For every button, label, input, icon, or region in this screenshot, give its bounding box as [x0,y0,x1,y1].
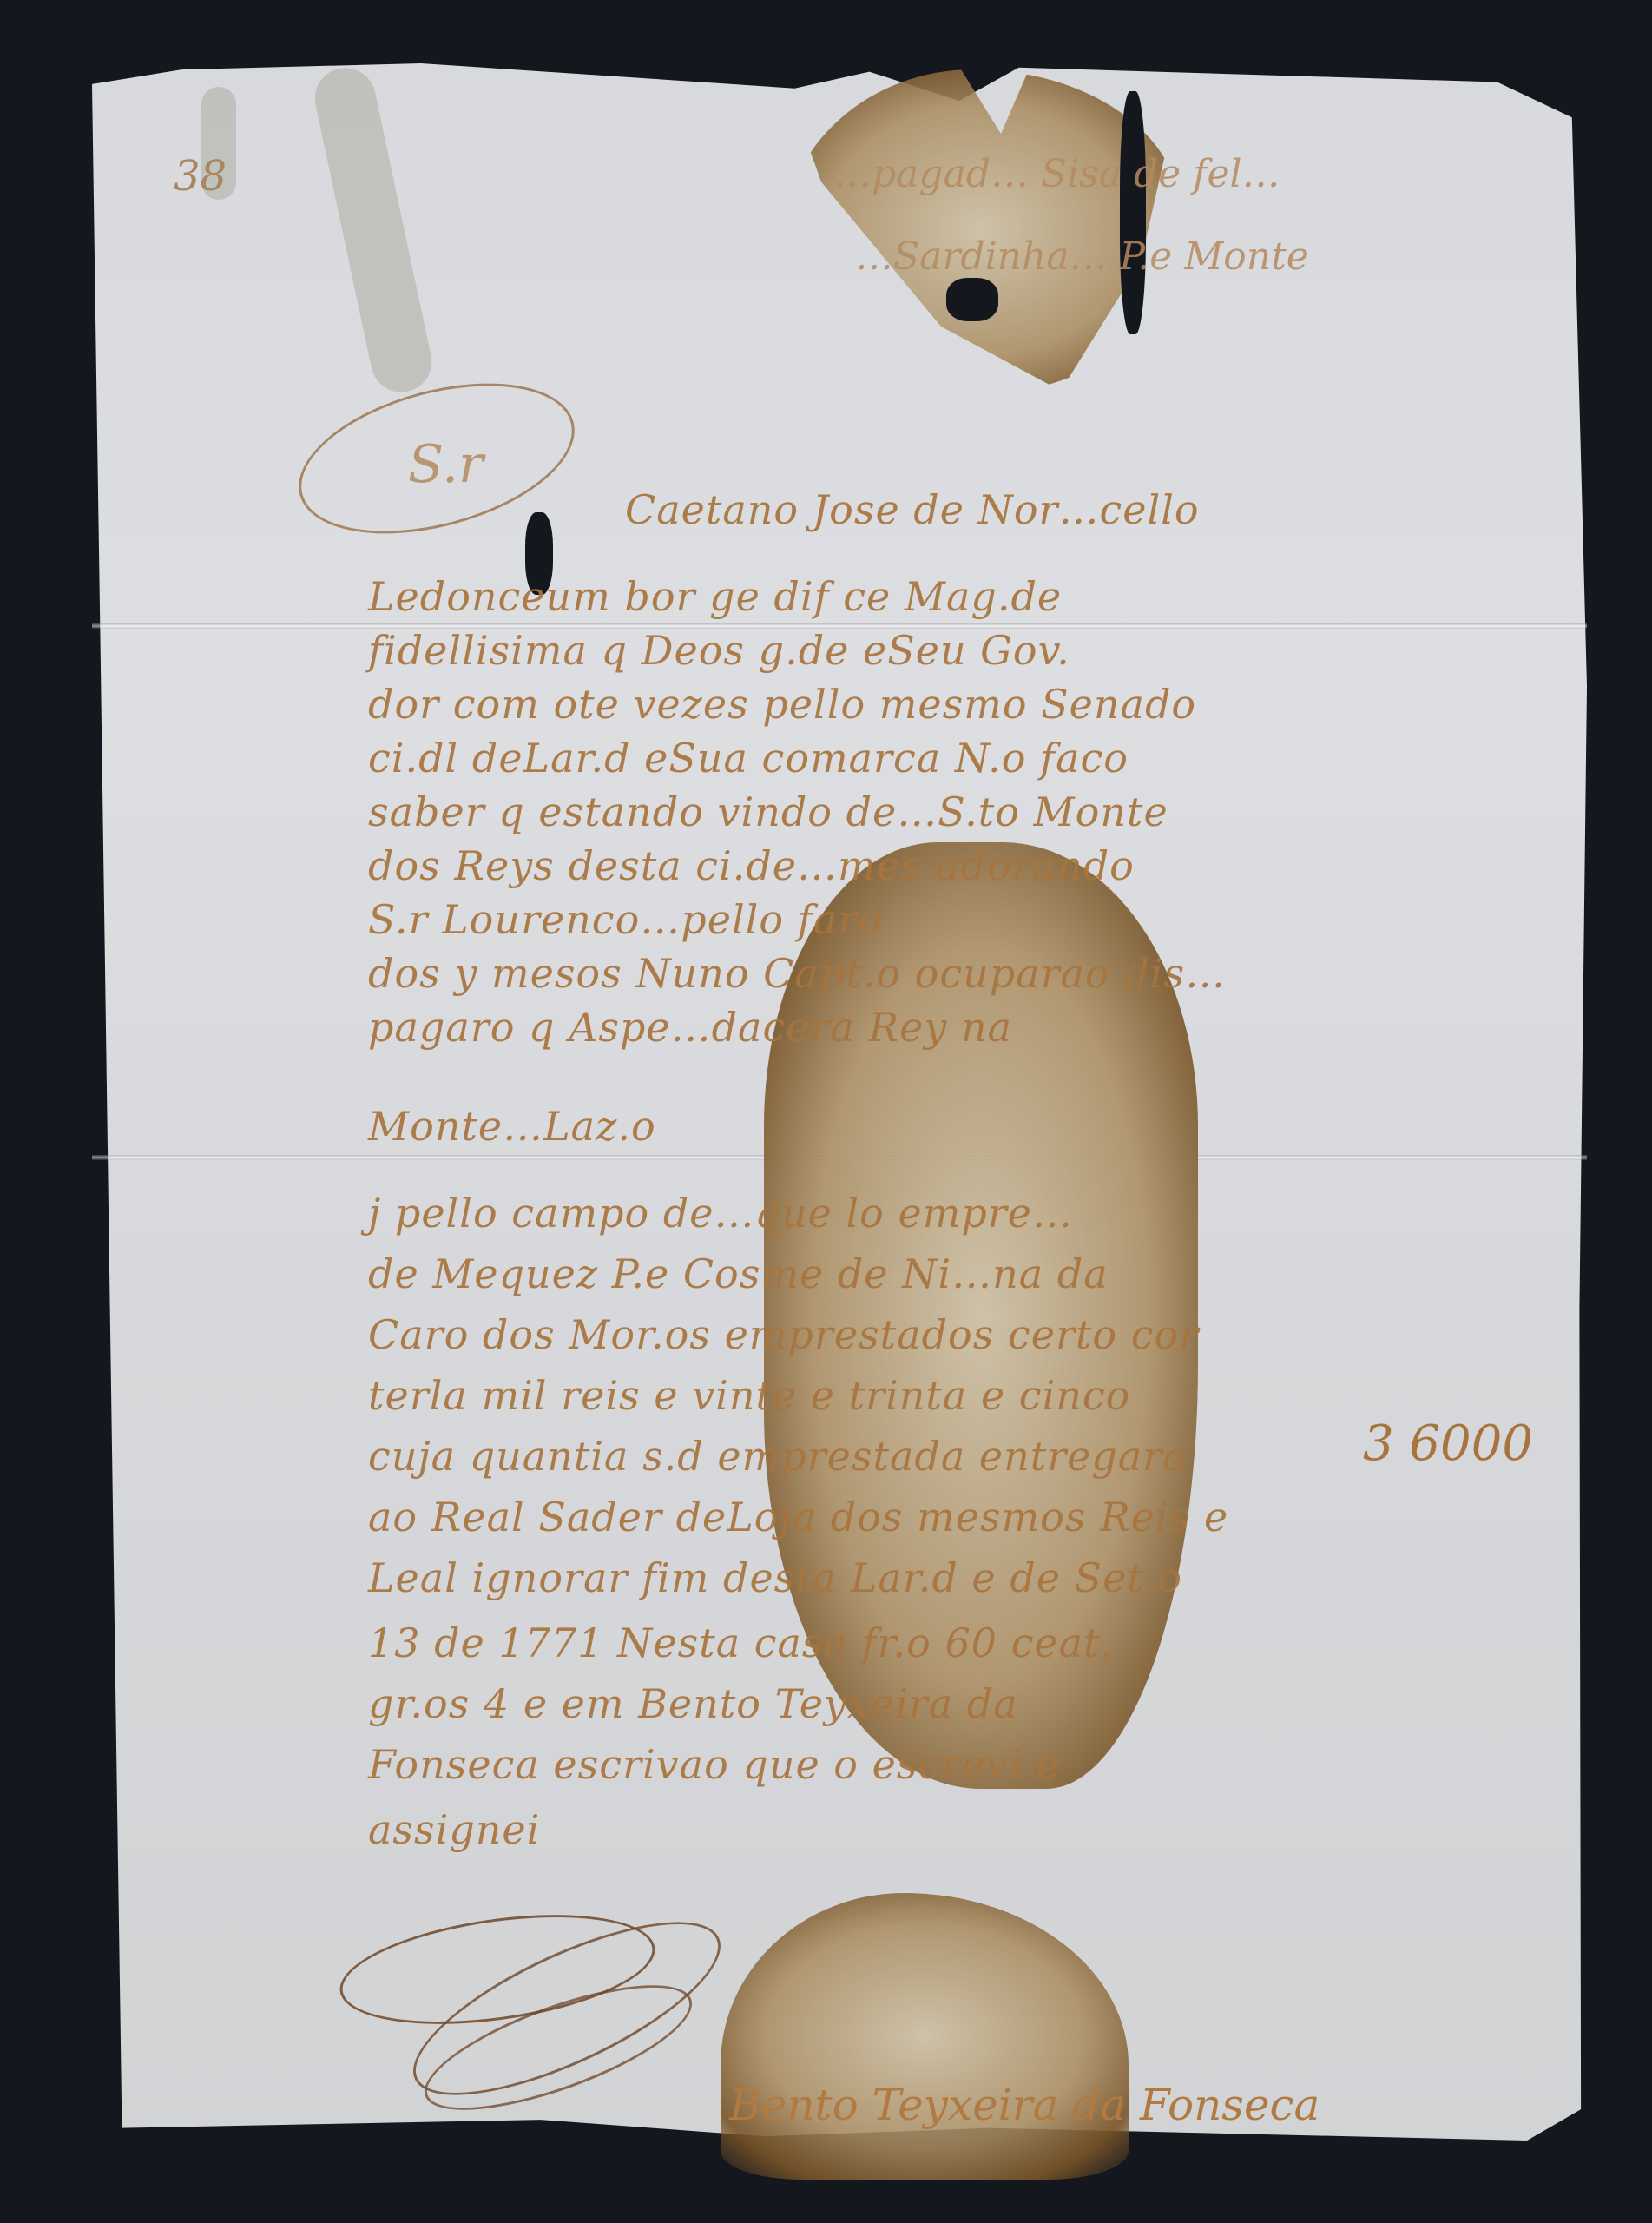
body-line-17: ao Real Sader deLoja dos mesmos Reis e [368,1494,1228,1540]
body-line-5: ci.dl deLar.d eSua comarca N.o faco [368,735,1129,782]
body-line-6: saber q estando vindo de…S.to Monte [368,788,1168,835]
body-line-7: dos Reys desta ci.de…mes adorando [368,842,1135,889]
body-line-21: Fonseca escrivao que o escrevi e [368,1741,1061,1788]
header-line-1: …pagad… Sisa de fel… [833,152,1280,196]
body-line-2: Ledonceum bor ge dif ce Mag.de [368,573,1062,620]
body-line-11: Monte…Laz.o [368,1103,656,1150]
header-line-2: …Sardinha… P.e Monte [855,234,1309,279]
body-line-3: fidellisima q Deos g.de eSeu Gov. [368,627,1070,674]
body-line-4: dor com ote vezes pello mesmo Senado [368,681,1196,728]
body-line-1: Caetano Jose de Nor…cello [625,486,1200,533]
body-line-16: cuja quantia s.d emprestada entregara [368,1433,1188,1480]
body-line-14: Caro dos Mor.os emprestados certo cor [368,1311,1199,1358]
body-line-8: S.r Lourenco…pello faro [368,896,883,943]
body-line-9: dos y mesos Nuno Capt.o ocuparao dis… [368,950,1226,997]
body-line-20: gr.os 4 e em Bento Teyxeira da [368,1680,1018,1727]
body-line-19: 13 de 1771 Nesta casa fr.o 60 ceat. [368,1619,1114,1666]
salutation-initial: S.r [408,434,484,495]
body-line-18: Leal ignorar fim desta Lar.d e de Set.o [368,1554,1182,1601]
torn-hole-top-small [946,278,998,321]
body-line-22: assignei [368,1806,540,1853]
signature-right: Bento Teyxeira da Fonseca [729,2080,1320,2130]
body-line-10: pagaro q Aspe…dacera Rey na [368,1004,1012,1051]
torn-hole-top [1120,91,1146,334]
body-line-13: de Mequez P.e Cosme de Ni…na da [368,1250,1109,1297]
body-line-15: terla mil reis e vinte e trinta e cinco [368,1372,1130,1419]
page-number: 38 [174,152,227,201]
amount-value: 3 6000 [1363,1415,1533,1472]
body-line-12: j pello campo de…que lo empre… [368,1190,1073,1237]
